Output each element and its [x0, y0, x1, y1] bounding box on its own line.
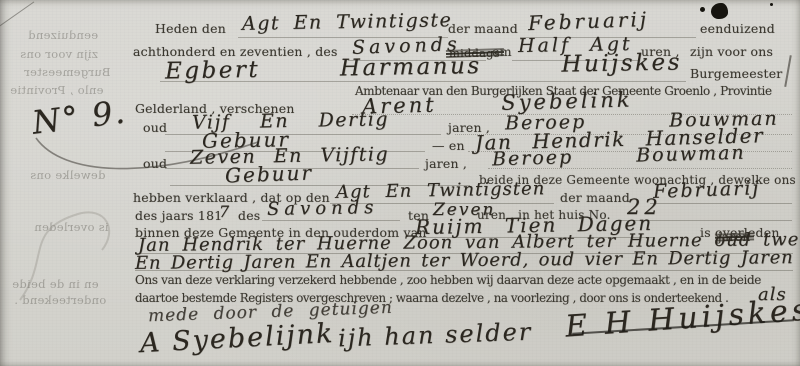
printed-form-text: Burgemeester	[690, 67, 782, 81]
printed-form-text: des jaars 181	[135, 209, 222, 223]
ink-dot	[700, 7, 705, 12]
printed-form-text: Ons van deze verklaring verzekerd hebben…	[135, 274, 761, 287]
corner-crease	[0, 1, 34, 27]
printed-form-text: zijn voor ons	[690, 45, 773, 59]
printed-form-text: eenduizend	[700, 22, 775, 36]
handwritten-declarant2-relation: Gebuur	[225, 161, 314, 186]
printed-form-text: oud	[143, 157, 167, 171]
handwritten-day: Agt En Twintigste	[242, 10, 453, 35]
handwritten-month: Februarij	[528, 8, 650, 34]
blank-rule	[650, 203, 792, 204]
printed-form-text: der maand	[560, 191, 630, 205]
signature-witness-2: ijh han selder	[338, 319, 533, 352]
pen-stroke	[784, 55, 791, 87]
handwritten-declarant2-occupation: Beroep Bouwman	[492, 143, 746, 171]
bleed-through-text: enlo , Provintie	[10, 83, 103, 97]
bleed-through-squiggle	[6, 190, 136, 320]
bleed-through-text: eenduizend	[28, 28, 98, 42]
handwritten-death-month: Februarij	[653, 178, 761, 203]
blank-rule	[262, 220, 400, 221]
handwritten-death-time-of-day: Savonds	[267, 198, 379, 220]
printed-form-text: jaren ,	[425, 157, 467, 171]
bleed-through-text: zijn voor ons	[20, 47, 98, 61]
printed-form-text: oud	[143, 121, 167, 135]
printed-form-text: — en	[432, 139, 465, 153]
printed-form-text: Heden den	[155, 22, 226, 36]
ink-dot	[770, 3, 773, 6]
printed-form-text: des	[238, 209, 260, 223]
document-page: eenduizend zijn voor ons Burgemeester en…	[0, 0, 800, 366]
bleed-through-text: Burgemeester	[24, 65, 110, 79]
handwritten-year-digit: 7	[219, 203, 230, 221]
ink-blot	[711, 3, 728, 19]
